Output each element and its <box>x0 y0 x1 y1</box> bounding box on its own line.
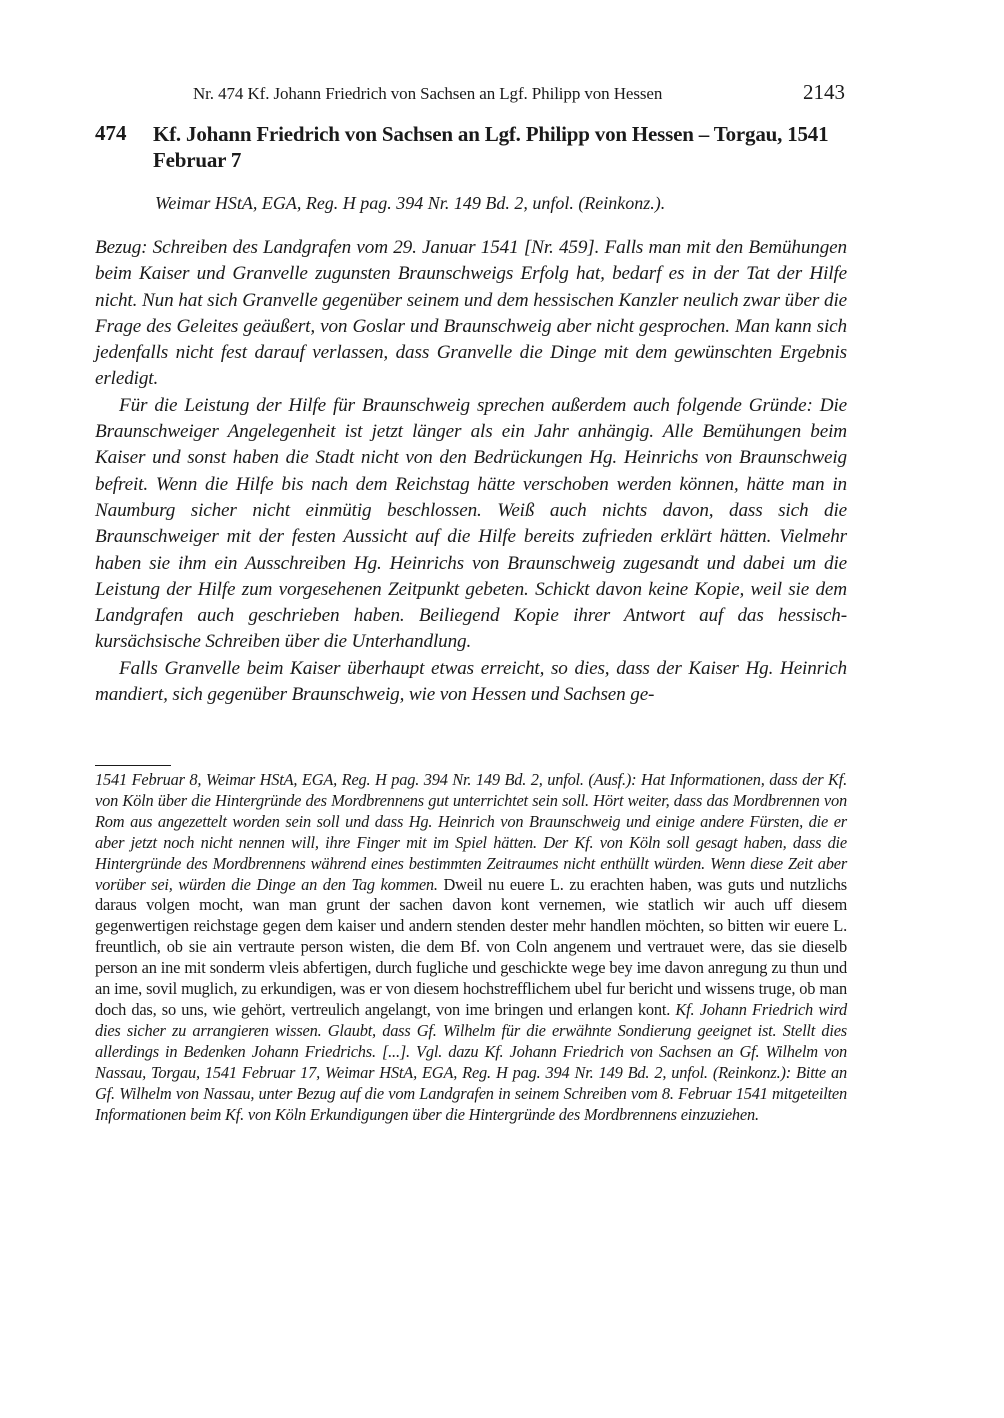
page-number: 2143 <box>803 80 845 105</box>
running-head: Nr. 474 Kf. Johann Friedrich von Sachsen… <box>193 80 845 105</box>
body-paragraph: Für die Leistung der Hilfe für Braunschw… <box>95 393 847 656</box>
document-title: Kf. Johann Friedrich von Sachsen an Lgf.… <box>153 121 847 173</box>
regest-body: Bezug: Schreiben des Landgrafen vom 29. … <box>95 235 847 708</box>
body-paragraph: Falls Granvelle beim Kaiser überhaupt et… <box>95 656 847 709</box>
document-page: Nr. 474 Kf. Johann Friedrich von Sachsen… <box>0 0 1004 1418</box>
footnote: 1541 Februar 8, Weimar HStA, EGA, Reg. H… <box>95 770 847 1125</box>
source-citation: Weimar HStA, EGA, Reg. H pag. 394 Nr. 14… <box>155 193 665 214</box>
footnote-divider <box>95 765 171 766</box>
running-head-title: Nr. 474 Kf. Johann Friedrich von Sachsen… <box>193 84 662 104</box>
footnote-paragraph: 1541 Februar 8, Weimar HStA, EGA, Reg. H… <box>95 770 847 1125</box>
document-number: 474 <box>95 121 153 173</box>
document-header: 474 Kf. Johann Friedrich von Sachsen an … <box>95 121 847 173</box>
footnote-quote: Dweil nu euere L. zu erachten haben, was… <box>95 875 847 1019</box>
body-paragraph: Bezug: Schreiben des Landgrafen vom 29. … <box>95 235 847 393</box>
